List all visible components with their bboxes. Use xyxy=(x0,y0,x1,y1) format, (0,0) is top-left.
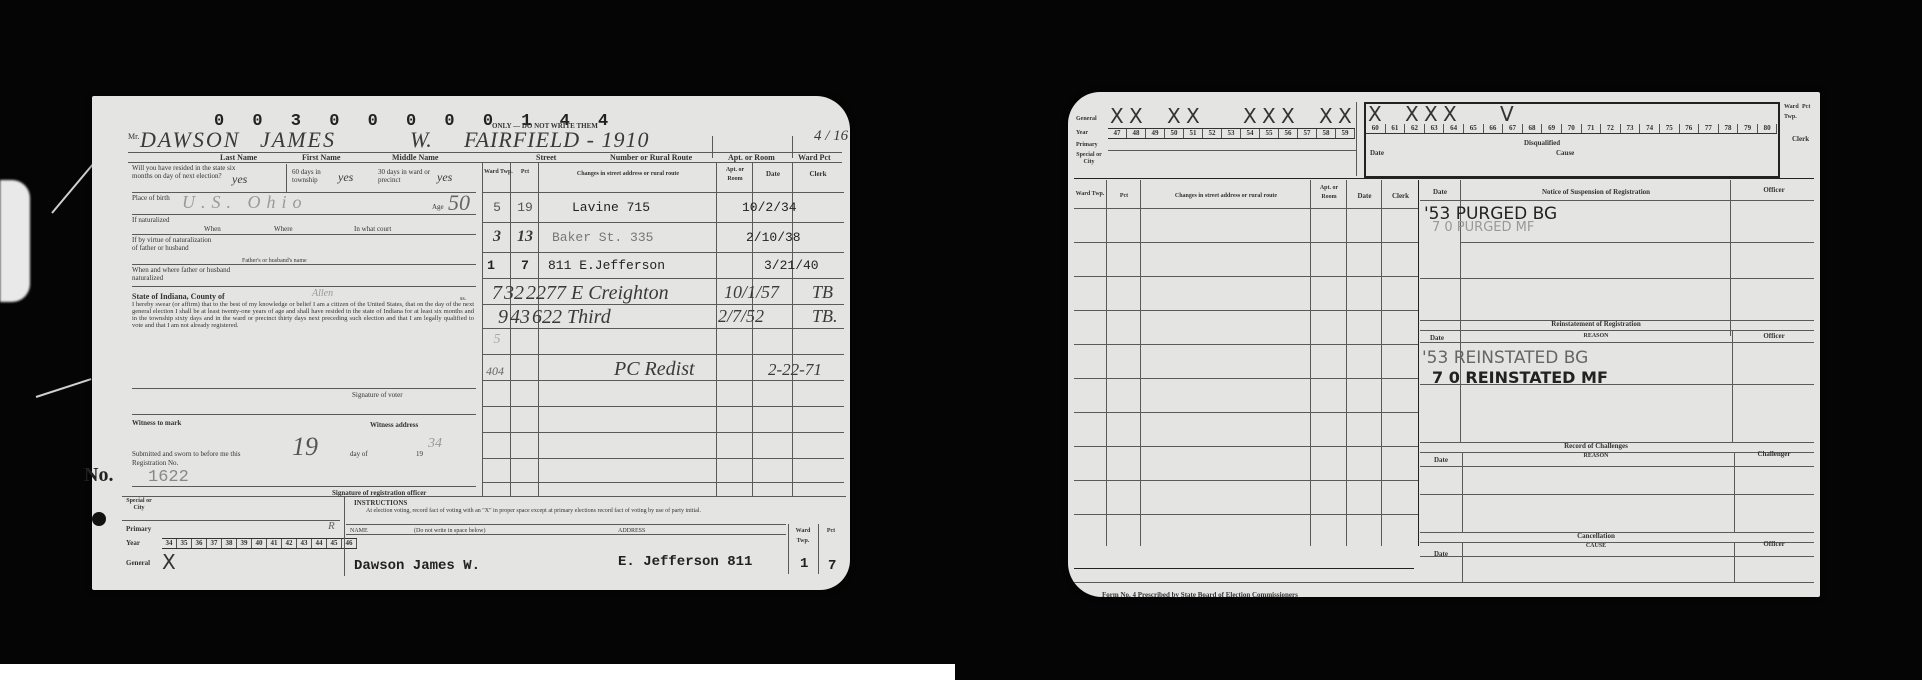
th-clerk: Clerk xyxy=(794,170,842,179)
th-apt: Apt. or Room xyxy=(718,166,752,184)
place-of-birth-label: Place of birth xyxy=(132,194,172,202)
grid-label-general: General xyxy=(126,558,150,568)
by-virtue-label: If by virtue of naturalization of father… xyxy=(132,236,212,252)
middle-name-value: W. xyxy=(410,127,432,153)
suspension-entry-2: 7 0 PURGED MF xyxy=(1432,220,1534,235)
r-th-ward: Ward Twp. xyxy=(1074,190,1106,199)
reinst-reason-label: REASON xyxy=(1462,332,1730,341)
first-name-label: First Name xyxy=(302,153,340,162)
chal-challenger-label: Challenger xyxy=(1732,450,1816,459)
state-county-label: State of Indiana, County of xyxy=(132,292,225,301)
reinst-officer-label: Officer xyxy=(1732,332,1816,341)
th-date: Date xyxy=(754,170,792,179)
chal-reason-label: REASON xyxy=(1462,452,1730,461)
signature-voter-label: Signature of voter xyxy=(352,390,403,400)
instructions-text: At election voting, record fact of votin… xyxy=(366,508,786,515)
scan-scratch xyxy=(36,378,92,398)
street-value: FAIRFIELD - 1910 xyxy=(464,127,649,153)
challenges-title: Record of Challenges xyxy=(1462,442,1730,451)
white-strip xyxy=(0,664,955,680)
registration-no-label: Registration No. xyxy=(132,458,178,468)
year-prefix-label: 19 xyxy=(416,449,423,459)
when-where-father-label: When and where father or husband natural… xyxy=(132,266,232,282)
footer-pct-value: 7 xyxy=(828,558,836,574)
age-value: 50 xyxy=(448,190,470,216)
first-name-value: JAMES xyxy=(260,127,336,153)
registration-no-value: 1622 xyxy=(148,468,189,487)
footer-pct-label: Pct xyxy=(819,526,843,536)
when-label: When xyxy=(204,224,221,234)
th-ward: Ward Twp. xyxy=(484,168,510,177)
oath-text: I hereby swear (or affirm) that to the b… xyxy=(132,301,474,329)
r-th-clerk: Clerk xyxy=(1383,192,1418,201)
r-th-changes: Changes in street address or rural route xyxy=(1142,192,1310,201)
naturalized-label: If naturalized xyxy=(132,216,172,224)
r-th-apt: Apt. or Room xyxy=(1312,184,1346,202)
th-pct: Pct xyxy=(512,168,538,177)
registration-card-back: General Year Primary Special or City 474… xyxy=(1068,92,1820,597)
scan-artifact-blob xyxy=(0,180,30,302)
grid-label-year: Year xyxy=(126,538,140,548)
rgrid-label-year: Year xyxy=(1076,128,1088,138)
number-rural-route-label: Number or Rural Route xyxy=(610,153,692,162)
general-vote-mark: X xyxy=(162,552,176,572)
instructions-title: INSTRUCTIONS xyxy=(354,499,407,508)
mr-label: Mr. xyxy=(128,132,139,142)
last-name-label: Last Name xyxy=(220,153,257,162)
right-year-row-left: 47484950515253545556575859 xyxy=(1108,128,1355,139)
grid-label-primary: Primary xyxy=(126,524,151,534)
ward-pct-value: 4 / 16 xyxy=(814,128,848,145)
day-of-label: day of xyxy=(350,449,368,459)
rgrid-label-primary: Primary xyxy=(1076,140,1098,150)
susp-date-label: Date xyxy=(1420,188,1460,197)
canc-officer-label: Officer xyxy=(1732,540,1816,549)
ward-pct-label: Ward Pct xyxy=(798,153,831,162)
th-changes: Changes in street address or rural route xyxy=(540,170,716,179)
days-ward-value: yes xyxy=(437,170,452,185)
last-name-value: DAWSON xyxy=(140,127,240,153)
days-township-label: 60 days in township xyxy=(292,168,342,184)
registration-card-front: 0 0 3 0 0 0 0 0 1 4 4 ONLY — DO NOT WRIT… xyxy=(92,96,850,590)
footer-address-value: E. Jefferson 811 xyxy=(618,554,752,570)
age-label: Age xyxy=(432,202,444,212)
rgrid-label-general: General xyxy=(1076,114,1097,124)
footer-ward-value: 1 xyxy=(800,556,808,572)
cancellation-title: Cancellation xyxy=(1462,532,1730,541)
canc-cause-label: CAUSE xyxy=(1462,542,1730,551)
sworn-day-value: 19 xyxy=(292,432,318,462)
susp-officer-label: Officer xyxy=(1732,186,1816,195)
resided-state-value: yes xyxy=(232,172,247,187)
sworn-year-value: 34 xyxy=(428,436,442,452)
middle-name-label: Middle Name xyxy=(392,153,438,162)
r-th-date: Date xyxy=(1348,192,1381,201)
footer-name-value: Dawson James W. xyxy=(354,558,480,574)
rgrid-label-special: Special or City xyxy=(1076,152,1102,166)
disqualified-label: Disqualified xyxy=(1524,138,1560,148)
witness-address-label: Witness address xyxy=(370,420,418,430)
number-sign: No. xyxy=(84,464,113,487)
r-ward-label: Ward Twp. xyxy=(1784,102,1804,122)
disq-date-label: Date xyxy=(1370,148,1384,158)
form-footer-note: Form No. 4 Prescribed by State Board of … xyxy=(1102,590,1298,600)
scan-scratch xyxy=(51,159,98,214)
witness-mark-label: Witness to mark xyxy=(132,418,181,428)
reinstatement-title: Reinstatement of Registration xyxy=(1462,320,1730,329)
left-year-row: 34353637383940414243444546 xyxy=(162,538,357,549)
r-clerk-label: Clerk xyxy=(1792,134,1809,144)
canc-date-label: Date xyxy=(1434,550,1448,559)
r-pct-label: Pct xyxy=(1802,102,1810,112)
place-of-birth-value: U.S. Ohio xyxy=(182,192,308,213)
reinstatement-entry-1: '53 REINSTATED BG xyxy=(1422,348,1588,368)
county-value: Allen xyxy=(312,288,333,299)
footer-ward-label: Ward Twp. xyxy=(789,526,817,546)
disq-cause-label: Cause xyxy=(1556,148,1574,158)
susp-title: Notice of Suspension of Registration xyxy=(1462,188,1730,197)
primary-party-mark: R xyxy=(328,520,335,532)
days-township-value: yes xyxy=(338,170,353,185)
grid-label-special: Special or City xyxy=(126,498,152,512)
punch-hole-icon xyxy=(92,512,106,526)
r-th-pct: Pct xyxy=(1108,192,1140,201)
where-label: Where xyxy=(274,224,293,234)
chal-date-label: Date xyxy=(1434,456,1448,465)
street-label: Street xyxy=(536,153,556,162)
apt-label: Apt. or Room xyxy=(728,153,775,162)
in-what-court-label: In what court xyxy=(354,224,391,234)
